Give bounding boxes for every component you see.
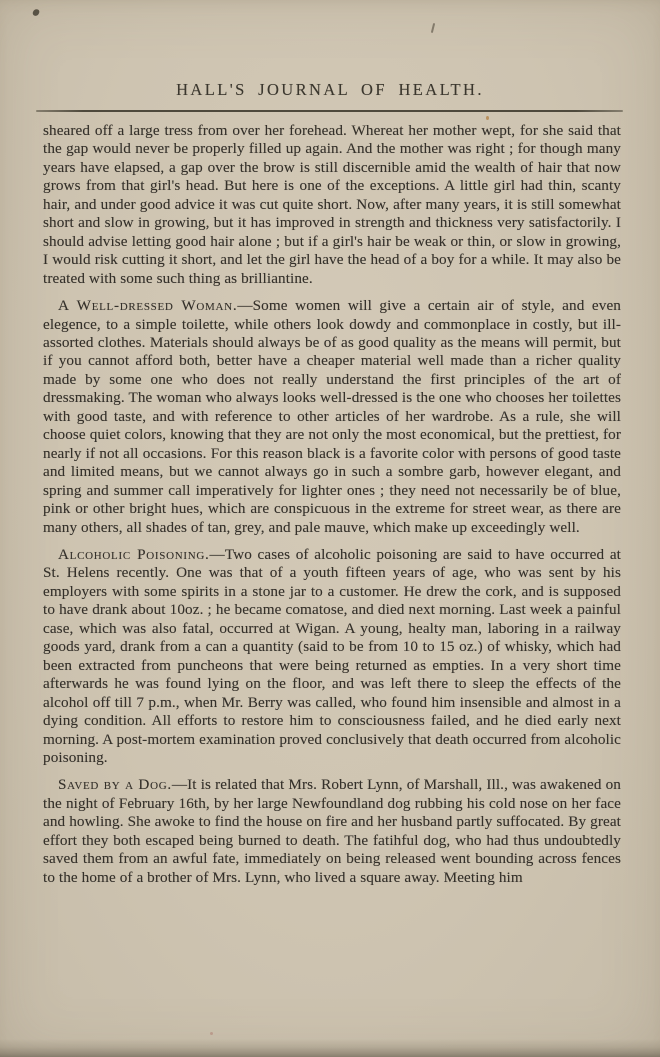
article-column: sheared off a large tress from over her … [43,122,621,896]
journal-masthead: HALL'S JOURNAL OF HEALTH. [0,80,660,100]
scan-bottom-shadow [0,1039,660,1057]
section-heading-alcoholic-poisoning: Alcoholic Poisoning. [58,546,210,563]
paragraph-well-dressed-woman: A Well-dressed Woman.—Some women will gi… [43,297,621,537]
paragraph-alcoholic-poisoning: Alcoholic Poisoning.—Two cases of alcoho… [43,546,621,767]
paragraph-text: sheared off a large tress from over her … [43,122,621,287]
ink-speck [32,8,40,17]
paragraph-saved-by-a-dog: Saved by a Dog.—It is related that Mrs. … [43,776,621,887]
paragraph-text: —Two cases of alcoholic poisoning are sa… [43,546,621,766]
journal-title: HALL'S JOURNAL OF HEALTH. [176,80,484,99]
paragraph-hair-care-continuation: sheared off a large tress from over her … [43,122,621,288]
paper-fleck [210,1032,213,1035]
scanned-page: HALL'S JOURNAL OF HEALTH. sheared off a … [0,0,660,1057]
masthead-rule [36,110,623,112]
paragraph-text: —Some women will give a certain air of s… [43,297,621,535]
section-heading-saved-by-a-dog: Saved by a Dog. [58,776,172,793]
paper-fleck [486,116,489,120]
scratch-mark [431,23,435,33]
section-heading-well-dressed-woman: A Well-dressed Woman. [58,297,237,314]
